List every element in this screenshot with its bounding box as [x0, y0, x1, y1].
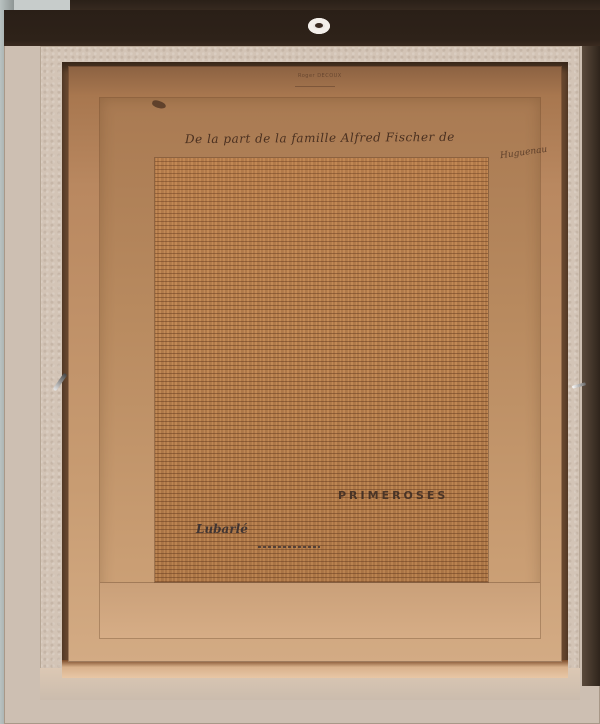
canvas-back [155, 158, 488, 582]
frame-right-shadow [582, 46, 600, 686]
paper-tape-bottom [100, 582, 540, 638]
frame-rebate-bottom [62, 660, 568, 678]
signature-underline [258, 546, 320, 548]
painting-title: PRIMEROSES [338, 489, 448, 502]
dedication-inscription: De la part de la famille Alfred Fischer … [185, 130, 455, 146]
ring-hanger-icon [308, 18, 330, 34]
framer-label-line [295, 86, 335, 87]
framer-label: Roger DECOUX [298, 73, 342, 79]
artist-signature: Lubarlé [196, 522, 248, 536]
